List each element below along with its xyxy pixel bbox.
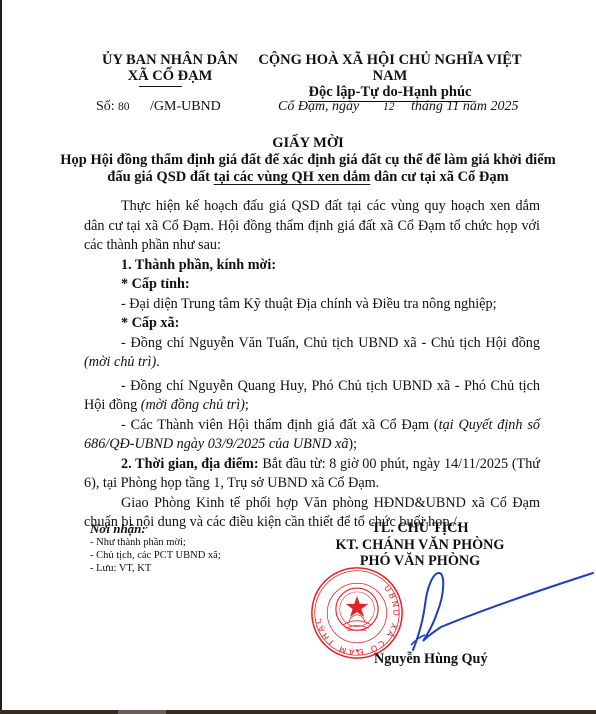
section-2-paragraph: 2. Thời gian, địa điểm: Bắt đầu từ: 8 gi…	[84, 455, 540, 494]
document-title: GIẤY MỜI Họp Hội đồng thẩm định giá đất …	[60, 135, 556, 186]
intro-paragraph: Thực hiện kế hoạch đấu giá QSD đất tại c…	[84, 197, 540, 256]
item-end: .	[156, 354, 160, 370]
section-2-heading: 2. Thời gian, địa điểm:	[121, 456, 259, 472]
recipient-item: - Lưu: VT, KT	[90, 562, 300, 575]
item-text: - Đồng chí Nguyễn Văn Tuấn, Chủ tịch UBN…	[121, 335, 540, 351]
document-number: 80	[118, 101, 130, 113]
viewer-left-border	[0, 0, 2, 714]
item-end: ;	[245, 397, 249, 413]
item-note: (mời đồng chủ trì)	[141, 397, 245, 413]
date-month-year: tháng 11 năm 2025	[411, 99, 518, 115]
agency-line-1: ỦY BAN NHÂN DÂN	[102, 52, 238, 68]
date-day: 12	[383, 101, 395, 113]
reference-line: Số: 80 /GM-UBND Cổ Đạm, ngày 12 tháng 11…	[96, 99, 546, 117]
signer-line-1: TL. CHỦ TỊCH	[320, 520, 520, 537]
nation-name: CỘNG HOÀ XÃ HỘI CHỦ NGHĨA VIỆT NAM	[240, 52, 540, 84]
item-end: );	[348, 436, 357, 452]
commune-heading: * Cấp xã:	[84, 314, 540, 334]
province-heading: * Cấp tỉnh:	[84, 275, 540, 295]
recipient-item: - Chủ tịch, các PCT UBND xã;	[90, 549, 300, 562]
official-stamp-icon: UBND XÃ CỔ ĐẠM THẠCH HÀ TỈNH	[309, 565, 405, 661]
recipient-item: - Như thành phần mời;	[90, 536, 300, 549]
issuing-agency: ỦY BAN NHÂN DÂN XÃ CỔ ĐẠM	[80, 52, 260, 84]
subject-underlined: tại các vùng QH xen dắm	[214, 169, 371, 185]
document-subject: Họp Hội đồng thẩm định giá đất để xác đị…	[60, 152, 556, 186]
signer-block: TL. CHỦ TỊCH KT. CHÁNH VĂN PHÒNG PHÓ VĂN…	[320, 520, 520, 570]
signer-line-2: KT. CHÁNH VĂN PHÒNG	[320, 537, 520, 554]
horizontal-scrollbar-track[interactable]	[0, 710, 596, 714]
agency-underline	[139, 86, 182, 87]
document-page: ỦY BAN NHÂN DÂN XÃ CỔ ĐẠM CỘNG HOÀ XÃ HỘ…	[0, 0, 596, 714]
national-header: CỘNG HOÀ XÃ HỘI CHỦ NGHĨA VIỆT NAM Độc l…	[240, 52, 540, 102]
section-1-heading: 1. Thành phần, kính mời:	[84, 256, 540, 276]
signer-name: Nguyễn Hùng Quý	[374, 651, 488, 668]
item-note: (mời chủ trì)	[84, 354, 156, 370]
recipients-block: Nơi nhận: - Như thành phần mời; - Chủ tị…	[90, 521, 300, 575]
subject-text-2: dân cư tại xã Cổ Đạm	[370, 169, 508, 185]
document-body: Thực hiện kế hoạch đấu giá QSD đất tại c…	[84, 197, 540, 533]
item-text: - Các Thành viên Hội thẩm định giá đất x…	[121, 417, 439, 433]
province-item: - Đại diện Trung tâm Kỹ thuật Địa chính …	[84, 295, 540, 315]
document-code: /GM-UBND	[150, 99, 221, 115]
commune-item: - Đồng chí Nguyễn Quang Huy, Phó Chủ tịc…	[84, 377, 540, 416]
number-label: Số:	[96, 99, 115, 115]
horizontal-scrollbar-thumb[interactable]	[118, 710, 166, 714]
commune-item: - Đồng chí Nguyễn Văn Tuấn, Chủ tịch UBN…	[84, 334, 540, 373]
place-date-prefix: Cổ Đạm, ngày	[278, 99, 359, 115]
document-type: GIẤY MỜI	[60, 135, 556, 152]
recipients-title: Nơi nhận:	[90, 521, 300, 536]
handwritten-signature-icon	[405, 565, 595, 655]
agency-line-2: XÃ CỔ ĐẠM	[80, 68, 260, 84]
commune-item: - Các Thành viên Hội thẩm định giá đất x…	[84, 416, 540, 455]
